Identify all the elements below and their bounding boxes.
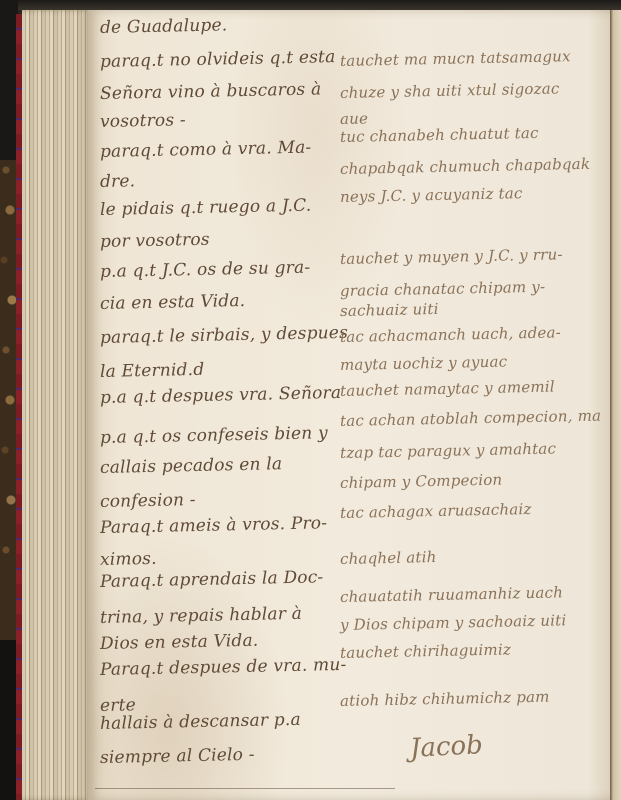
manuscript-line: sachuaiz uiti [340,300,439,320]
manuscript-line: neys J.C. y acuyaniz tac [340,184,523,206]
manuscript-line: mayta uochiz y ayuac [340,352,508,373]
manuscript-line: chipam y Compecion [340,471,503,492]
bottom-rule [95,788,395,789]
manuscript-line: cia en esta Vida. [100,291,246,314]
manuscript-line: de Guadalupe. [100,15,228,38]
manuscript-line: siempre al Cielo - [100,745,255,768]
manuscript-line: vosotros - [100,110,186,132]
manuscript-line: hallais à descansar p.a [100,710,301,734]
manuscript-line: trina, y repais hablar à [100,604,302,628]
manuscript-line: tauchet chirihaguimiz [340,640,511,662]
page-right-edge [610,10,621,800]
manuscript-line: confesion - [100,490,196,512]
manuscript-line: chaqhel atih [340,548,437,568]
manuscript-line: por vosotros [100,230,210,252]
signature: Jacob [409,730,483,764]
page-stack-edges [22,10,90,800]
manuscript-line: aue [340,109,368,128]
manuscript-line: la Eternid.d [100,360,205,382]
manuscript-line: dre. [100,171,136,192]
manuscript-line: Dios en esta Vida. [100,631,259,654]
manuscript-line: callais pecados en la [100,454,283,478]
manuscript-line: ximos. [100,549,157,570]
book-cover-top [0,0,621,10]
